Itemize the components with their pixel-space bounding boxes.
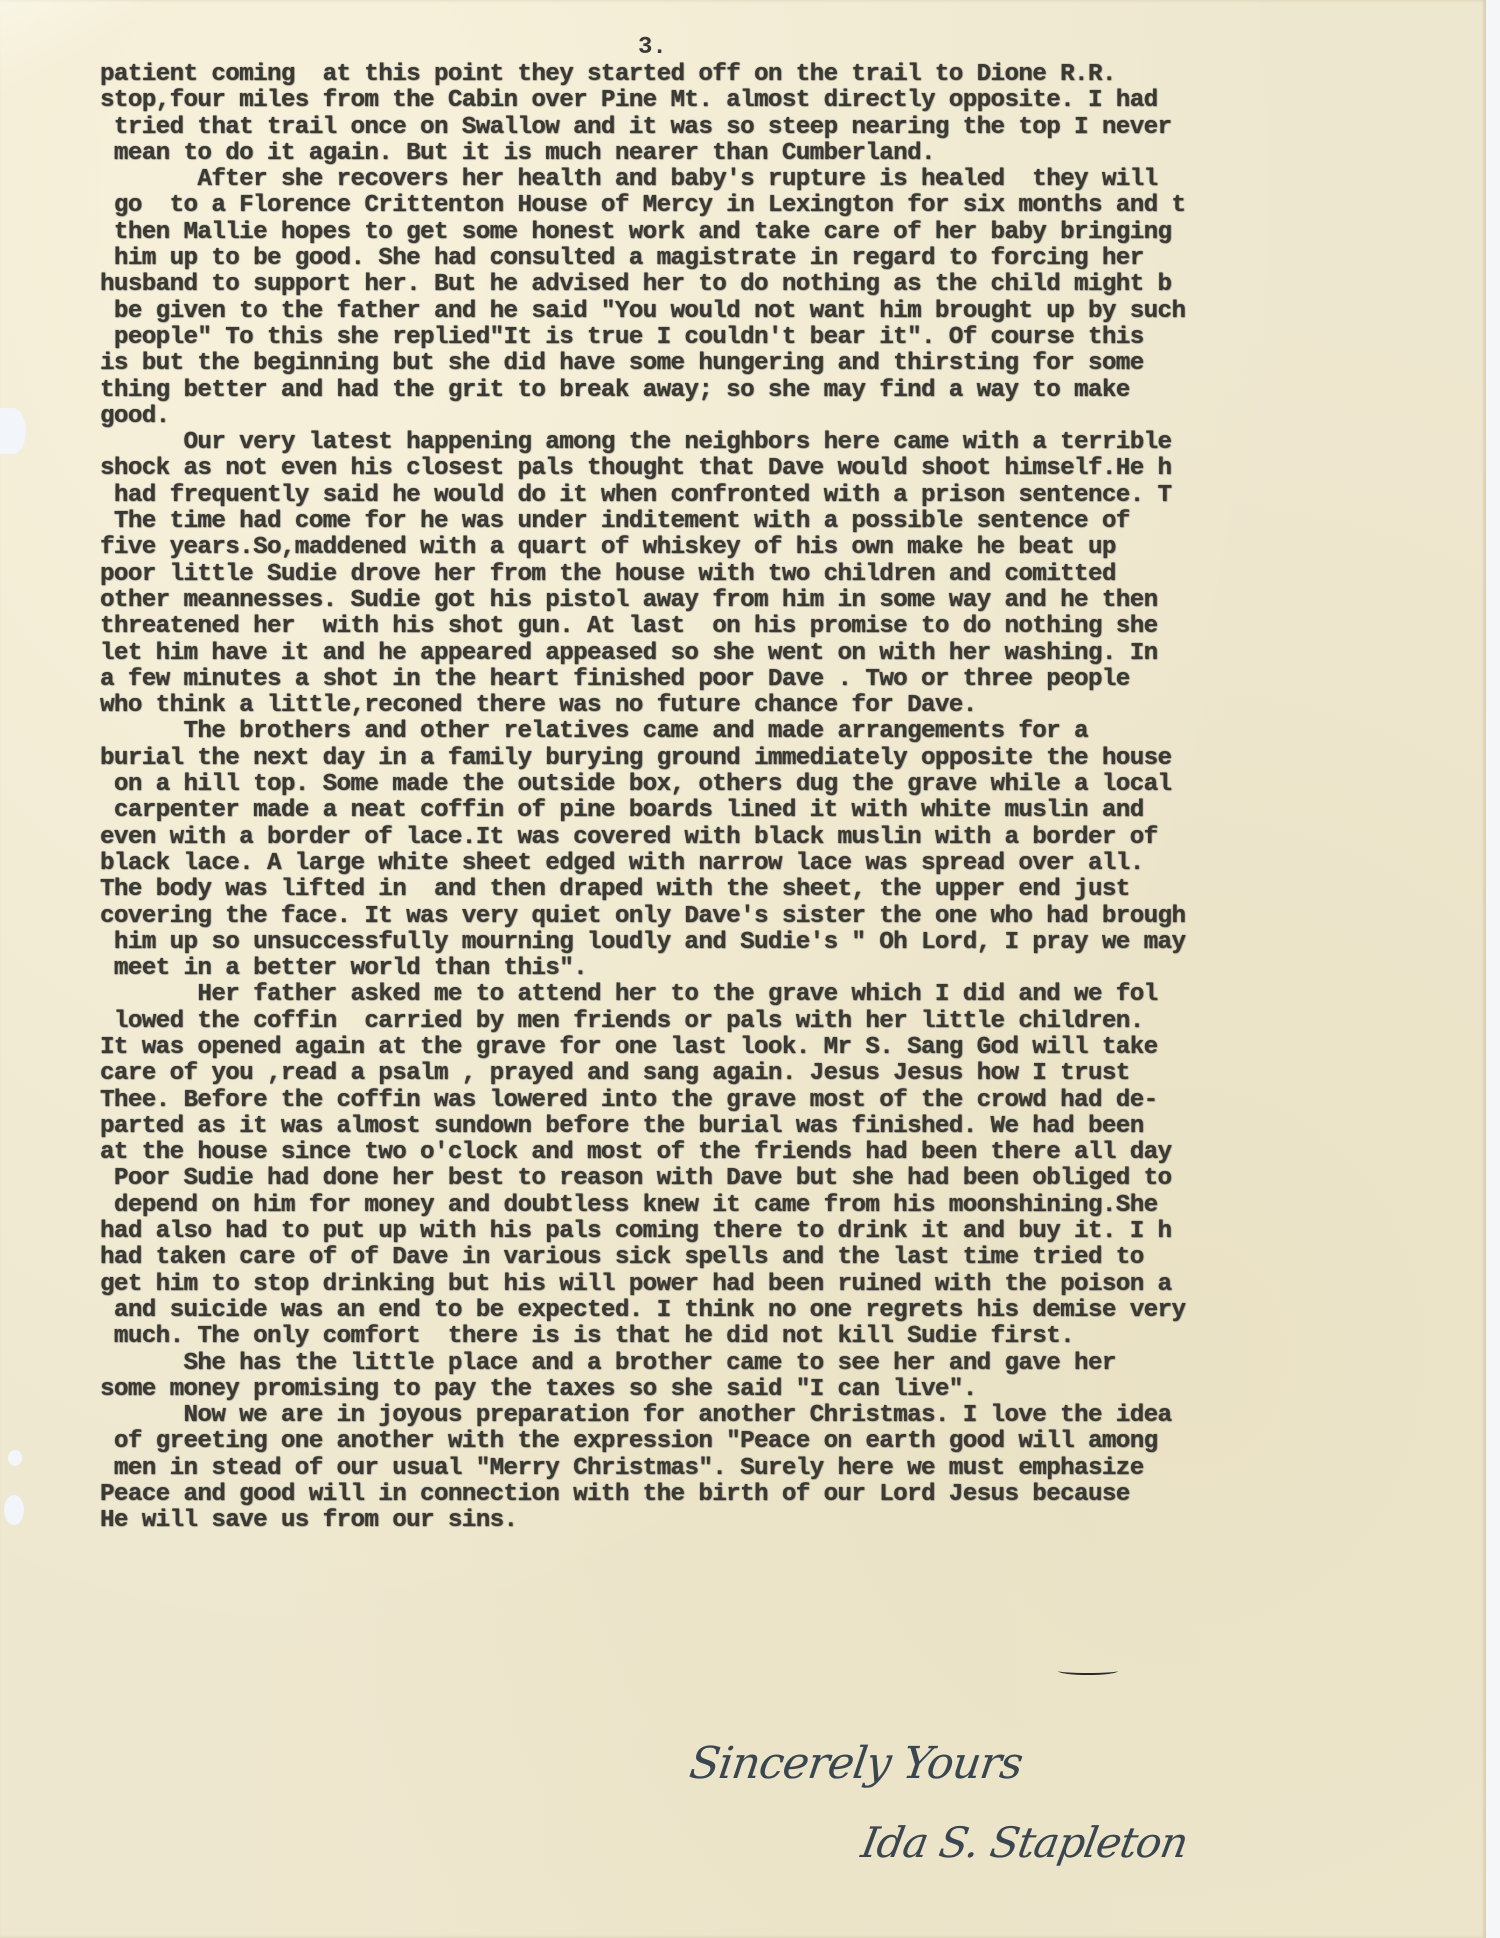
text-line: stop,four miles from the Cabin over Pine… — [100, 88, 1490, 114]
text-line: who think a little,reconed there was no … — [100, 693, 1490, 719]
text-line: thing better and had the grit to break a… — [100, 378, 1490, 404]
text-line: meet in a better world than this". — [100, 956, 1490, 982]
text-line: some money promising to pay the taxes so… — [100, 1377, 1490, 1403]
punch-hole — [4, 1495, 24, 1525]
text-line: The brothers and other relatives came an… — [100, 719, 1490, 745]
text-line: Now we are in joyous preparation for ano… — [100, 1403, 1490, 1429]
text-line: be given to the father and he said "You … — [100, 299, 1490, 325]
text-line: get him to stop drinking but his will po… — [100, 1272, 1490, 1298]
text-line: After she recovers her health and baby's… — [100, 167, 1490, 193]
torn-edge — [0, 408, 26, 454]
text-line: is but the beginning but she did have so… — [100, 351, 1490, 377]
text-line: of greeting one another with the express… — [100, 1429, 1490, 1455]
text-line: poor little Sudie drove her from the hou… — [100, 562, 1490, 588]
text-line: Peace and good will in connection with t… — [100, 1482, 1490, 1508]
letter-page: 3. patient coming at this point they sta… — [0, 0, 1486, 1938]
signature: Ida S. Stapleton — [858, 1818, 1192, 1867]
page-number: 3. — [638, 34, 667, 61]
text-line: carpenter made a neat coffin of pine boa… — [100, 798, 1490, 824]
text-line: on a hill top. Some made the outside box… — [100, 772, 1490, 798]
text-line: black lace. A large white sheet edged wi… — [100, 851, 1490, 877]
text-line: other meannesses. Sudie got his pistol a… — [100, 588, 1490, 614]
text-line: The time had come for he was under indit… — [100, 509, 1490, 535]
text-line: go to a Florence Crittenton House of Mer… — [100, 193, 1490, 219]
text-line: threatened her with his shot gun. At las… — [100, 614, 1490, 640]
text-line: parted as it was almost sundown before t… — [100, 1114, 1490, 1140]
text-line: men in stead of our usual "Merry Christm… — [100, 1456, 1490, 1482]
text-line: Poor Sudie had done her best to reason w… — [100, 1166, 1490, 1192]
text-line: He will save us from our sins. — [100, 1508, 1490, 1534]
text-line: good. — [100, 404, 1490, 430]
text-line: had taken care of of Dave in various sic… — [100, 1245, 1490, 1271]
punch-hole — [8, 1450, 22, 1466]
text-line: him up so unsuccessfully mourning loudly… — [100, 930, 1490, 956]
text-line: him up to be good. She had consulted a m… — [100, 246, 1490, 272]
letter-body: patient coming at this point they starte… — [100, 62, 1490, 1535]
text-line: a few minutes a shot in the heart finish… — [100, 667, 1490, 693]
text-line: covering the face. It was very quiet onl… — [100, 904, 1490, 930]
text-line: patient coming at this point they starte… — [100, 62, 1490, 88]
closing: Sincerely Yours — [686, 1738, 1025, 1789]
text-line: then Mallie hopes to get some honest wor… — [100, 220, 1490, 246]
handwritten-underline — [1058, 1667, 1118, 1675]
text-line: people" To this she replied"It is true I… — [100, 325, 1490, 351]
text-line: Her father asked me to attend her to the… — [100, 982, 1490, 1008]
text-line: had also had to put up with his pals com… — [100, 1219, 1490, 1245]
text-line: Our very latest happening among the neig… — [100, 430, 1490, 456]
text-line: even with a border of lace.It was covere… — [100, 825, 1490, 851]
text-line: at the house since two o'clock and most … — [100, 1140, 1490, 1166]
text-line: five years.So,maddened with a quart of w… — [100, 535, 1490, 561]
text-line: lowed the coffin carried by men friends … — [100, 1009, 1490, 1035]
text-line: She has the little place and a brother c… — [100, 1351, 1490, 1377]
text-line: care of you ,read a psalm , prayed and s… — [100, 1061, 1490, 1087]
text-line: burial the next day in a family burying … — [100, 746, 1490, 772]
text-line: mean to do it again. But it is much near… — [100, 141, 1490, 167]
text-line: The body was lifted in and then draped w… — [100, 877, 1490, 903]
text-line: much. The only comfort there is is that … — [100, 1324, 1490, 1350]
text-line: husband to support her. But he advised h… — [100, 272, 1490, 298]
text-line: and suicide was an end to be expected. I… — [100, 1298, 1490, 1324]
text-line: shock as not even his closest pals thoug… — [100, 456, 1490, 482]
text-line: It was opened again at the grave for one… — [100, 1035, 1490, 1061]
text-line: had frequently said he would do it when … — [100, 483, 1490, 509]
text-line: tried that trail once on Swallow and it … — [100, 115, 1490, 141]
text-line: Thee. Before the coffin was lowered into… — [100, 1088, 1490, 1114]
text-line: depend on him for money and doubtless kn… — [100, 1193, 1490, 1219]
text-line: let him have it and he appeared appeased… — [100, 641, 1490, 667]
